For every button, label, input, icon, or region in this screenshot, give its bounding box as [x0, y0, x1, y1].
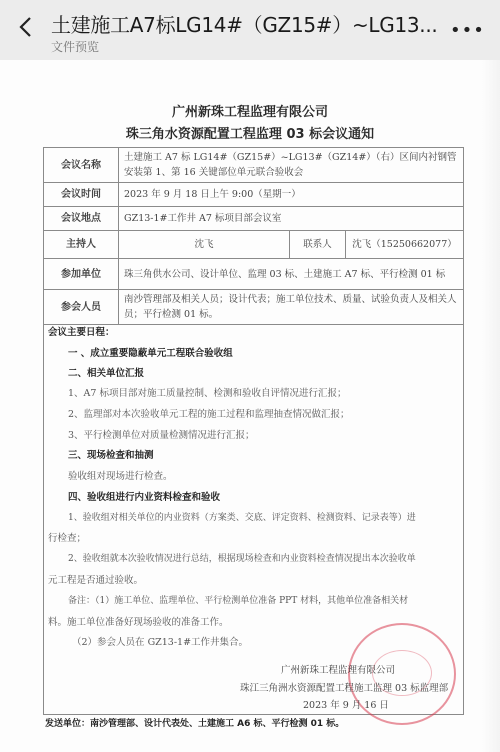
contact-value: 沈飞（15250662077） — [346, 231, 464, 259]
contact-label: 联系人 — [290, 231, 346, 259]
agenda-item: 2、监理部对本次验收单元工程的施工过程和监理抽查情况做汇报； — [68, 406, 350, 420]
table-row: 主持人 沈飞 联系人 沈飞（15250662077） — [44, 231, 464, 259]
table-row: 会议时间 2023 年 9 月 18 日上午 9:00（星期一） — [44, 183, 464, 207]
more-button[interactable]: ••• — [450, 20, 485, 41]
file-title: 土建施工A7标LG14#（GZ15#）~LG13... — [51, 9, 437, 38]
signature-date: 2023 年 9 月 16 日 — [303, 697, 389, 711]
agenda-item: 料。施工单位准备好现场验收的准备工作。 — [48, 614, 229, 628]
host-value: 沈飞 — [119, 231, 290, 259]
agenda-heading: 会议主要日程： — [48, 324, 115, 338]
agenda-item: 3、平行检测单位对质量检测情况进行汇报； — [68, 427, 255, 441]
host-label: 主持人 — [44, 231, 119, 259]
page-edge-shadow — [482, 60, 500, 752]
table-row: 会议地点 GZ13-1#工作井 A7 标项目部会议室 — [44, 207, 464, 231]
table-row: 会议名称 土建施工 A7 标 LG14#（GZ15#）~LG13#（GZ14#）… — [44, 148, 464, 183]
agenda-item: 三、现场检查和抽测 — [68, 447, 154, 461]
signature-department: 珠江三角洲水资源配置工程施工监理 03 标监理部 — [240, 680, 448, 694]
meeting-time-value: 2023 年 9 月 18 日上午 9:00（星期一） — [119, 183, 464, 207]
meeting-time-label: 会议时间 — [44, 183, 119, 207]
more-horizontal-icon: ••• — [450, 20, 485, 41]
units-label: 参加单位 — [44, 259, 119, 290]
meeting-name-label: 会议名称 — [44, 148, 119, 183]
company-heading: 广州新珠工程监理有限公司 — [0, 101, 500, 120]
agenda-item: 2、验收组就本次验收情况进行总结，根据现场检查和内业资料检查情况提出本次验收单 — [68, 551, 416, 564]
meeting-place-label: 会议地点 — [44, 207, 119, 231]
agenda-item: （2）参会人员在 GZ13-1#工作井集合。 — [72, 634, 248, 648]
meeting-info-table: 会议名称 土建施工 A7 标 LG14#（GZ15#）~LG13#（GZ14#）… — [43, 147, 464, 325]
agenda-item: 行检查； — [48, 530, 86, 544]
top-app-bar: 土建施工A7标LG14#（GZ15#）~LG13... 文件预览 ••• — [0, 0, 500, 60]
agenda-item: 验收组对现场进行检查。 — [68, 468, 173, 482]
agenda-item: 元工程是否通过验收。 — [48, 572, 143, 586]
signature-company: 广州新珠工程监理有限公司 — [281, 662, 395, 676]
meeting-place-value: GZ13-1#工作井 A7 标项目部会议室 — [119, 207, 464, 231]
agenda-item: 1、验收组对相关单位的内业资料（方案类、交底、评定资料、检测资料、记录表等）进 — [68, 510, 416, 523]
notice-title: 珠三角水资源配置工程监理 03 标会议通知 — [0, 123, 500, 142]
chevron-left-icon — [16, 12, 36, 42]
back-button[interactable] — [16, 12, 36, 42]
file-preview-subtitle: 文件预览 — [51, 38, 99, 55]
units-value: 珠三角供水公司、设计单位、监理 03 标、土建施工 A7 标、平行检测 01 标 — [119, 259, 464, 290]
agenda-item: 二、相关单位汇报 — [68, 365, 144, 379]
agenda-item: 备注：（1）施工单位、监理单位、平行检测单位准备 PPT 材料，其他单位准备相关… — [68, 593, 408, 606]
send-to-line: 发送单位：南沙管理部、设计代表处、土建施工 A6 标、平行检测 01 标。 — [45, 716, 344, 729]
table-row: 参加单位 珠三角供水公司、设计单位、监理 03 标、土建施工 A7 标、平行检测… — [44, 259, 464, 290]
agenda-item: 一 、成立重要隐蔽单元工程联合验收组 — [68, 345, 233, 359]
agenda-item: 1、A7 标项目部对施工质量控制、检测和验收自评情况进行汇报； — [68, 385, 346, 399]
meeting-name-value: 土建施工 A7 标 LG14#（GZ15#）~LG13#（GZ14#）（右）区间… — [119, 148, 464, 183]
agenda-item: 四、验收组进行内业资料检查和验收 — [68, 489, 220, 503]
